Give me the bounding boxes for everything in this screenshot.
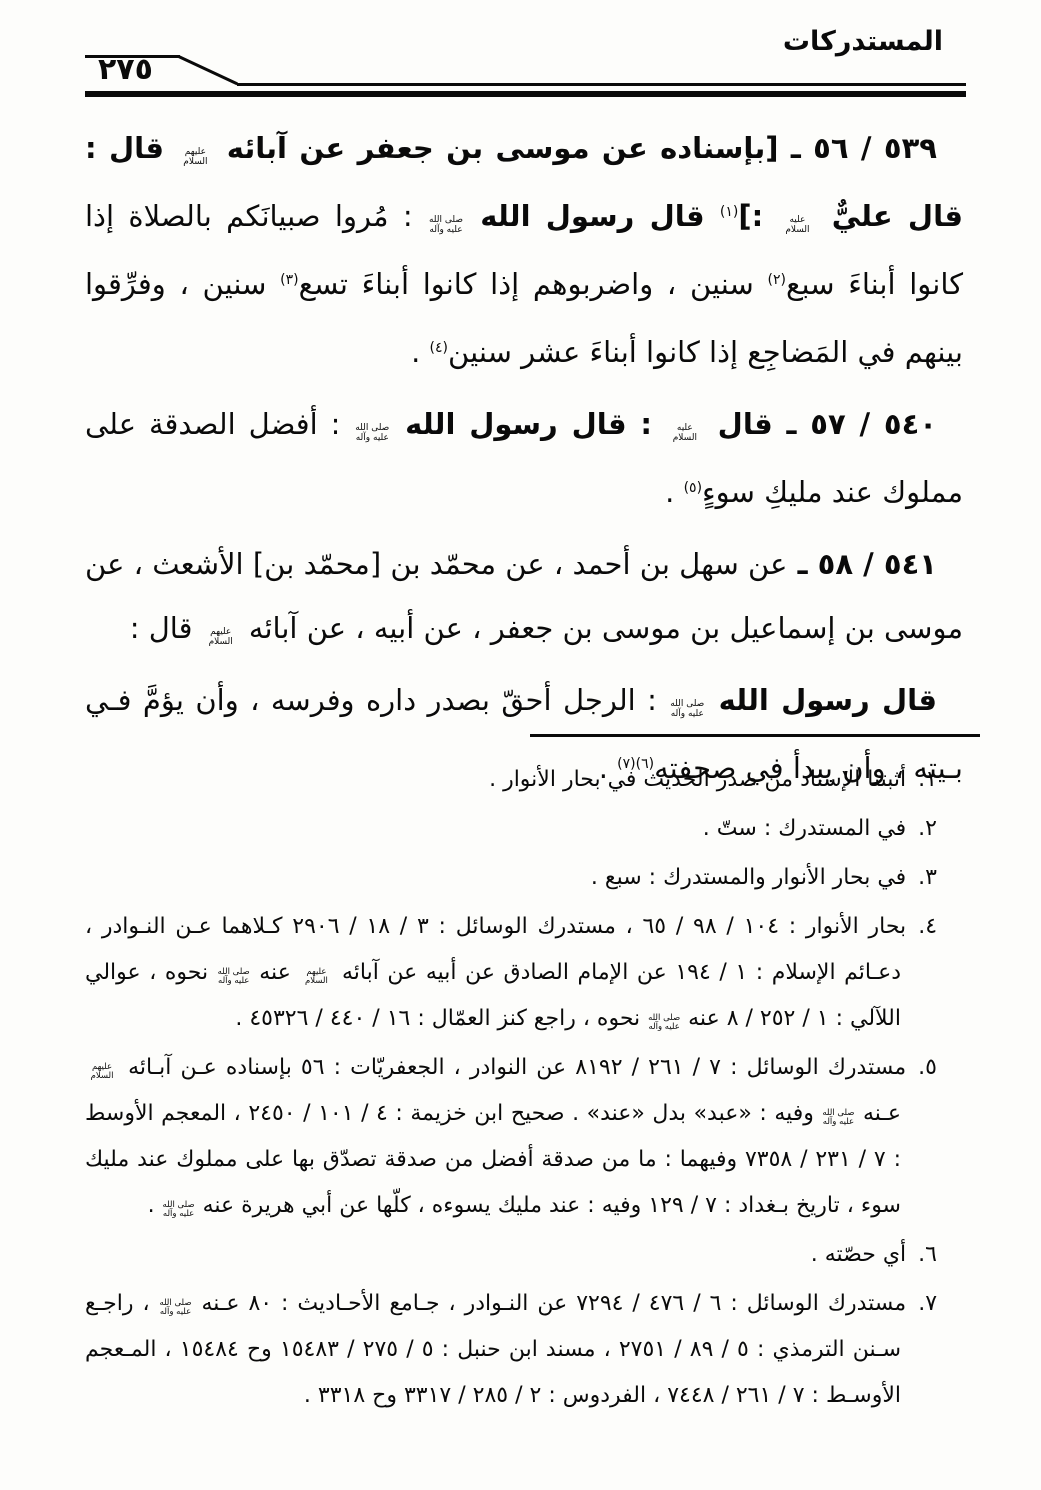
footnote-6: ٦.أي حصّته . [85, 1232, 937, 1278]
text-run: . [411, 335, 429, 369]
honorific-salawat: صلى الله عليه وآله [821, 1109, 855, 1128]
honorific-salawat: صلى الله عليه وآله [217, 968, 251, 987]
text-run: : قال رسول الله [391, 407, 666, 441]
text-run: في بحار الأنوار والمستدرك : سبع . [591, 865, 906, 890]
text-run: أثبتنا الإسناد من صدر الحديث في بحار الأ… [489, 767, 906, 792]
footnote-marker-1: (١) [720, 204, 738, 220]
main-text-block: ٥٣٩ / ٥٦ ـ [بإسناده عن موسى بن جعفر عن آ… [85, 116, 963, 808]
header-rule-thick [85, 91, 966, 97]
header-rule-diagonal [178, 55, 238, 85]
footnote-marker-2: (٢) [768, 272, 786, 288]
honorific-alayhim-salam: عليهم السلام [176, 147, 214, 167]
footnote-number: ١. [918, 767, 937, 792]
text-run: قال رسول الله [706, 683, 937, 717]
text-run: مستدرك الوسائل : ٦ / ٤٧٦ / ٧٢٩٤ عن النـو… [193, 1291, 907, 1316]
footnote-text: في بحار الأنوار والمستدرك : سبع . [591, 865, 906, 890]
footnote-number: ٢. [918, 816, 937, 841]
text-run: ٥٣٩ / ٥٦ ـ [بإسناده عن موسى بن جعفر عن آ… [214, 131, 937, 165]
text-run: عنه [251, 960, 300, 985]
hadith-entry-539: ٥٣٩ / ٥٦ ـ [بإسناده عن موسى بن جعفر عن آ… [85, 116, 963, 384]
footnote-3: ٣.في بحار الأنوار والمستدرك : سبع . [85, 855, 937, 901]
hadith-entry-540: ٥٤٠ / ٥٧ ـ قال عليه السلام : قال رسول ال… [85, 392, 963, 524]
text-run: نحوه ، راجع كنز العمّال : ١٦ / ٤٤٠ / ٤٥٣… [235, 1006, 647, 1031]
header-rule-thin [237, 83, 966, 86]
honorific-alayhim-salam: عليهم السلام [85, 1063, 119, 1082]
text-run: في المستدرك : ستّ . [703, 816, 906, 841]
footnotes-block: ١.أثبتنا الإسناد من صدر الحديث في بحار ا… [85, 757, 937, 1422]
honorific-salawat: صلى الله عليه وآله [668, 699, 706, 719]
text-run: مستدرك الوسائل : ٧ / ٢٦١ / ٨١٩٢ عن النوا… [119, 1055, 906, 1080]
footnote-7: ٧.مستدرك الوسائل : ٦ / ٤٧٦ / ٧٢٩٤ عن الن… [85, 1281, 937, 1419]
text-run: وفيه : «عبد» بدل «عند» . صحيح ابن خزيمة … [85, 1101, 901, 1218]
text-run: سنين ، واضربوهم إذا كانوا أبناءَ تسع [299, 267, 768, 301]
text-run: :] [738, 199, 778, 233]
text-run: قال رسول الله [465, 199, 720, 233]
honorific-alayhi-salam: عليه السلام [778, 215, 816, 235]
text-run: قال : [130, 611, 202, 645]
text-run: ٥٤١ / ٥٨ ـ [787, 547, 937, 581]
footnote-text: بحار الأنوار : ١٠٤ / ٩٨ / ٦٥ ، مستدرك ال… [85, 914, 906, 1031]
running-head-title: المستدركات [783, 26, 943, 57]
honorific-alayhi-salam: عليه السلام [666, 423, 704, 443]
text-run: . [148, 1193, 162, 1218]
book-page: المستدركات ٢٧٥ ٥٣٩ / ٥٦ ـ [بإسناده عن مو… [0, 0, 1041, 1490]
footnote-5: ٥.مستدرك الوسائل : ٧ / ٢٦١ / ٨١٩٢ عن الن… [85, 1045, 937, 1229]
footnote-separator [530, 734, 980, 737]
footnote-number: ٦. [918, 1242, 937, 1267]
footnote-number: ٣. [918, 865, 937, 890]
header-rule-corner [85, 55, 180, 58]
footnote-marker-5: (٥) [684, 480, 702, 496]
text-run: ٥٤٠ / ٥٧ ـ قال [704, 407, 937, 441]
footnote-marker-3: (٣) [280, 272, 298, 288]
footnote-text: في المستدرك : ستّ . [703, 816, 906, 841]
text-run: . [665, 475, 683, 509]
honorific-alayhim-salam: عليهم السلام [299, 968, 333, 987]
footnote-marker-4: (٤) [430, 340, 448, 356]
honorific-salawat: صلى الله عليه وآله [427, 215, 465, 235]
footnote-2: ٢.في المستدرك : ستّ . [85, 806, 937, 852]
honorific-salawat: صلى الله عليه وآله [647, 1014, 681, 1033]
footnote-text: أثبتنا الإسناد من صدر الحديث في بحار الأ… [489, 767, 906, 792]
footnote-1: ١.أثبتنا الإسناد من صدر الحديث في بحار ا… [85, 757, 937, 803]
footnote-4: ٤.بحار الأنوار : ١٠٤ / ٩٨ / ٦٥ ، مستدرك … [85, 904, 937, 1042]
footnote-number: ٧. [918, 1291, 937, 1316]
honorific-salawat: صلى الله عليه وآله [162, 1201, 196, 1220]
text-run: عـنه [855, 1101, 901, 1126]
footnote-text: أي حصّته . [811, 1242, 906, 1267]
footnote-number: ٤. [918, 914, 937, 939]
footnote-text: مستدرك الوسائل : ٧ / ٢٦١ / ٨١٩٢ عن النوا… [85, 1055, 906, 1218]
honorific-alayhim-salam: عليهم السلام [202, 627, 240, 647]
footnote-text: مستدرك الوسائل : ٦ / ٤٧٦ / ٧٢٩٤ عن النـو… [85, 1291, 906, 1408]
honorific-salawat: صلى الله عليه وآله [159, 1299, 193, 1318]
hadith-entry-541-isnad: ٥٤١ / ٥٨ ـ عن سهل بن أحمد ، عن محمّد بن … [85, 532, 963, 660]
honorific-salawat: صلى الله عليه وآله [353, 423, 391, 443]
footnote-number: ٥. [918, 1055, 937, 1080]
text-run: أي حصّته . [811, 1242, 906, 1267]
